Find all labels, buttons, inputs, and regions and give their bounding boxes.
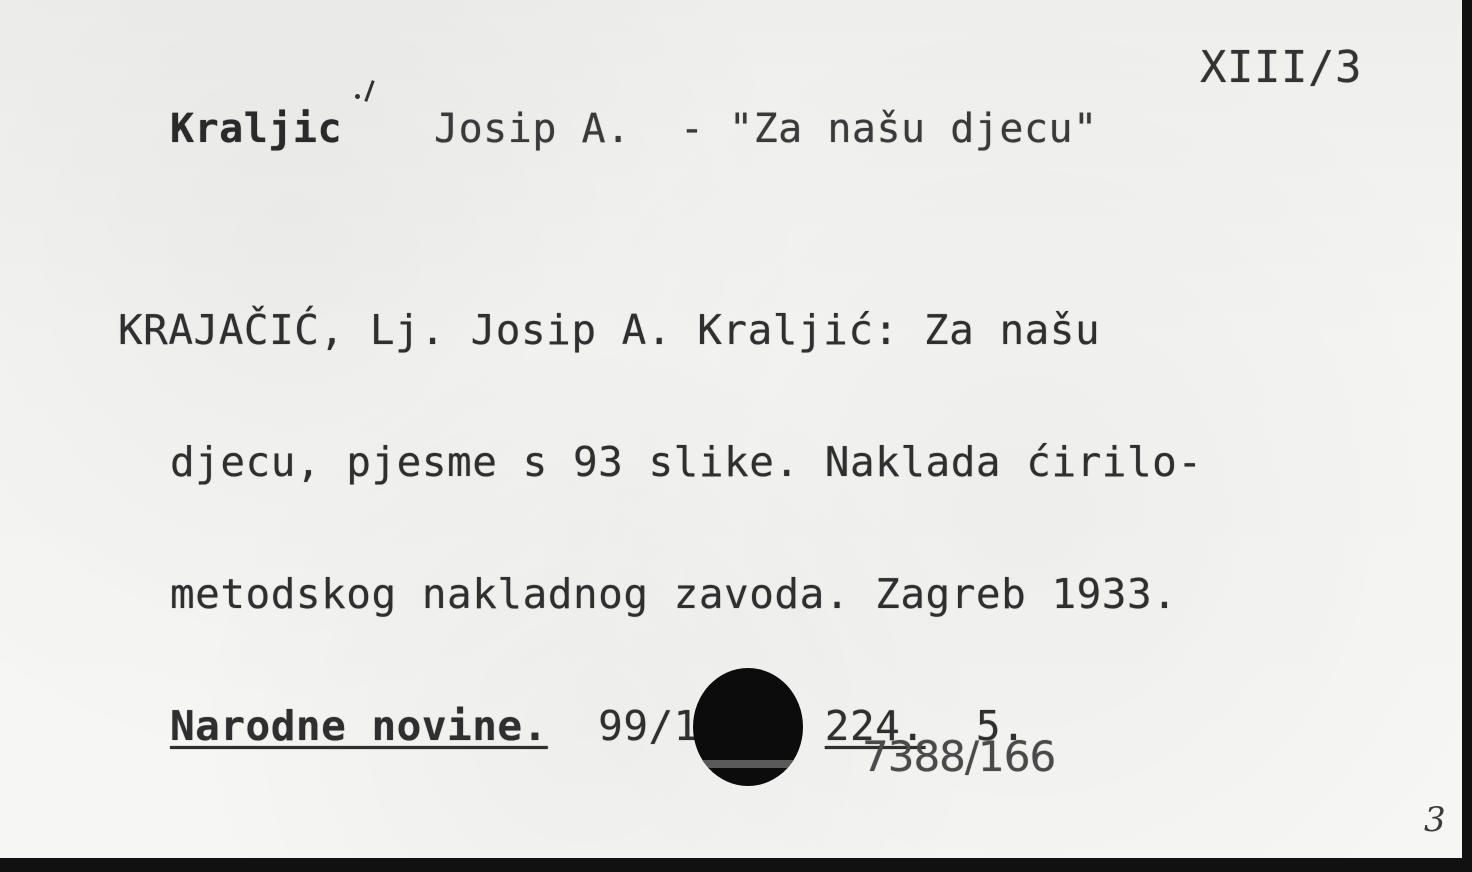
entry-line-1: KRAJAČIĆ, Lj. Josip A. Kraljić: Za našu: [118, 308, 1203, 352]
catalog-card: XIII/3 Kraljic Josip A. - "Za našu djecu…: [0, 0, 1462, 858]
entry-line-3: metodskog nakladnog zavoda. Zagreb 1933.: [118, 572, 1203, 616]
heading-author: Kraljic: [170, 106, 342, 152]
classmark: XIII/3: [1200, 42, 1362, 93]
accession-number: 7388/166: [862, 732, 1055, 781]
punch-hole-shadow: [703, 760, 793, 768]
accent-dot-mark: [355, 94, 360, 99]
pencil-note: 3: [1424, 800, 1446, 840]
entry-line-2: djecu, pjesme s 93 slike. Naklada ćirilo…: [118, 440, 1203, 484]
punch-hole-icon: [693, 668, 803, 786]
heading-title: Josip A. - "Za našu djecu": [434, 106, 1098, 152]
source-title: Narodne novine.: [170, 702, 548, 750]
card-edge-bottom: [0, 858, 1472, 872]
handwritten-accent-mark: [364, 80, 374, 102]
card-edge-right: [1462, 0, 1472, 872]
